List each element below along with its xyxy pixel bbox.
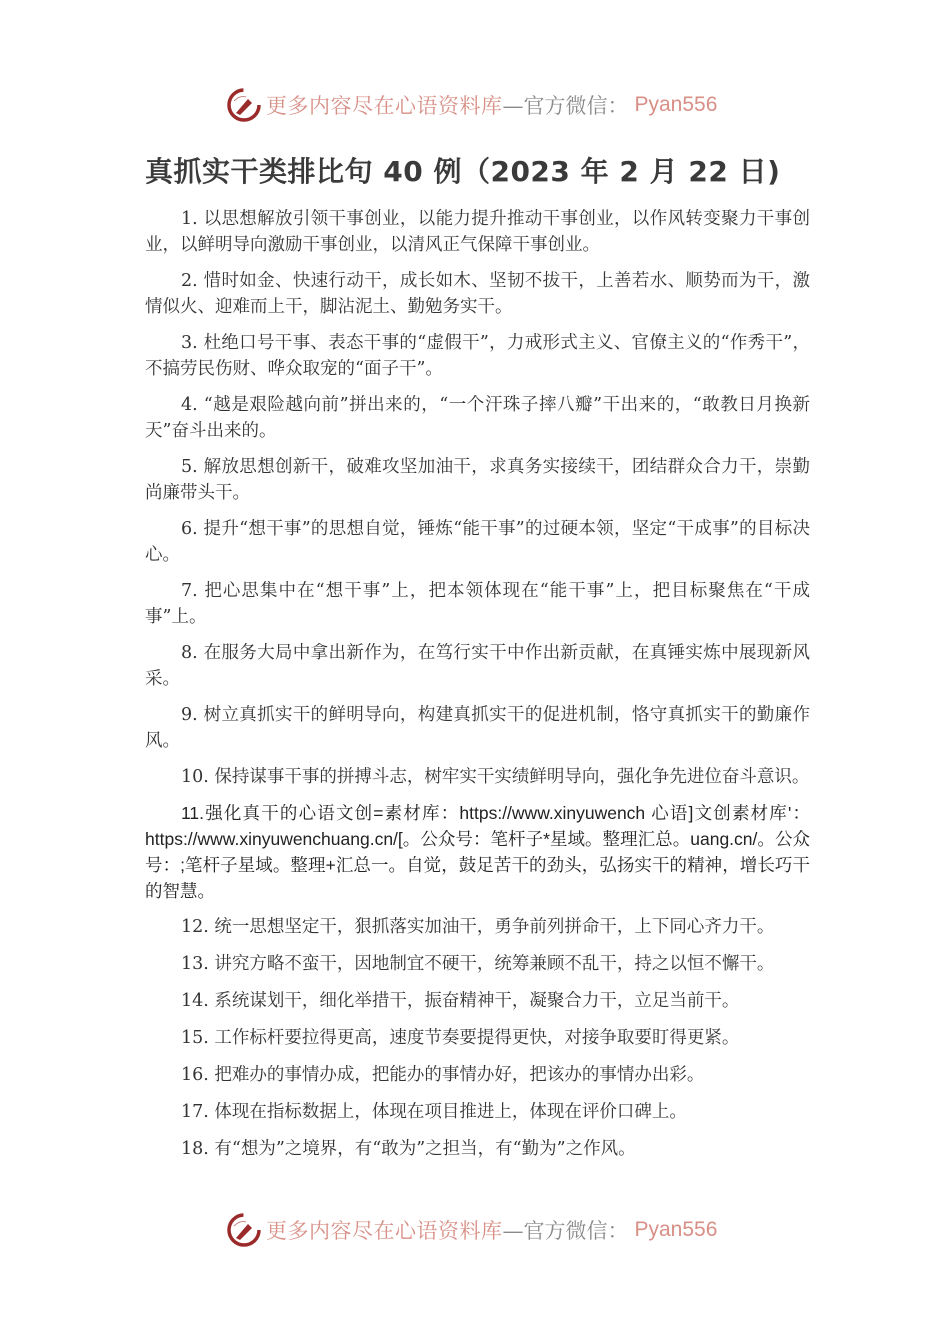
banner-separator-text: —官方微信：: [503, 90, 629, 120]
list-item: 8. 在服务大局中拿出新作为，在笃行实干中作出新贡献，在真锤实炼中展现新风采。: [145, 640, 810, 692]
list-item: 5. 解放思想创新干，破难攻坚加油干，求真务实接续干，团结群众合力干，崇勤尚廉带…: [145, 454, 810, 506]
list-item: 3. 杜绝口号干事、表态干事的“虚假干”，力戒形式主义、官僚主义的“作秀干”，不…: [145, 330, 810, 382]
footer-banner: 更多内容尽在心语资料库 —官方微信： Pyan556: [226, 1208, 726, 1252]
list-item: 2. 惜时如金、快速行动干，成长如木、坚韧不拔干，上善若水、顺势而为干，激情似火…: [145, 268, 810, 320]
banner-wechat-id: Pyan556: [635, 93, 718, 117]
pen-nib-logo-icon: [226, 87, 262, 123]
banner-separator-text: —官方微信：: [503, 1215, 629, 1245]
list-item: 12. 统一思想坚定干，狠抓落实加油干，勇争前列拼命干，上下同心齐力干。: [145, 914, 810, 940]
list-item: 16. 把难办的事情办成，把能办的事情办好，把该办的事情办出彩。: [145, 1062, 810, 1088]
list-item: 17. 体现在指标数据上，体现在项目推进上，体现在评价口碑上。: [145, 1099, 810, 1125]
banner-main-text: 更多内容尽在心语资料库: [266, 90, 503, 120]
list-item: 13. 讲究方略不蛮干，因地制宜不硬干，统筹兼顾不乱干，持之以恒不懈干。: [145, 951, 810, 977]
list-item: 4. “越是艰险越向前”拼出来的，“一个汗珠子摔八瓣”干出来的，“敢教日月换新天…: [145, 392, 810, 444]
pen-nib-logo-icon: [226, 1212, 262, 1248]
document-body: 1. 以思想解放引领干事创业，以能力提升推动干事创业，以作风转变聚力干事创业，以…: [145, 206, 810, 1173]
banner-main-text: 更多内容尽在心语资料库: [266, 1215, 503, 1245]
list-item: 18. 有“想为”之境界，有“敢为”之担当，有“勤为”之作风。: [145, 1136, 810, 1162]
list-item: 7. 把心思集中在“想干事”上，把本领体现在“能干事”上，把目标聚焦在“干成事”…: [145, 578, 810, 630]
list-item: 9. 树立真抓实干的鲜明导向，构建真抓实干的促进机制，恪守真抓实干的勤廉作风。: [145, 702, 810, 754]
list-item: 15. 工作标杆要拉得更高，速度节奏要提得更快，对接争取要盯得更紧。: [145, 1025, 810, 1051]
list-item: 11.强化真干的心语文创=素材库：https://www.xinyuwench …: [145, 800, 810, 904]
list-item: 6. 提升“想干事”的思想自觉，锤炼“能干事”的过硬本领，坚定“干成事”的目标决…: [145, 516, 810, 568]
document-title: 真抓实干类排比句 40 例（2023 年 2 月 22 日): [145, 150, 780, 190]
list-item: 1. 以思想解放引领干事创业，以能力提升推动干事创业，以作风转变聚力干事创业，以…: [145, 206, 810, 258]
list-item: 10. 保持谋事干事的拼搏斗志，树牢实干实绩鲜明导向，强化争先进位奋斗意识。: [145, 764, 810, 790]
banner-wechat-id: Pyan556: [635, 1218, 718, 1242]
header-banner: 更多内容尽在心语资料库 —官方微信： Pyan556: [226, 83, 726, 127]
list-item: 14. 系统谋划干，细化举措干，振奋精神干，凝聚合力干，立足当前干。: [145, 988, 810, 1014]
